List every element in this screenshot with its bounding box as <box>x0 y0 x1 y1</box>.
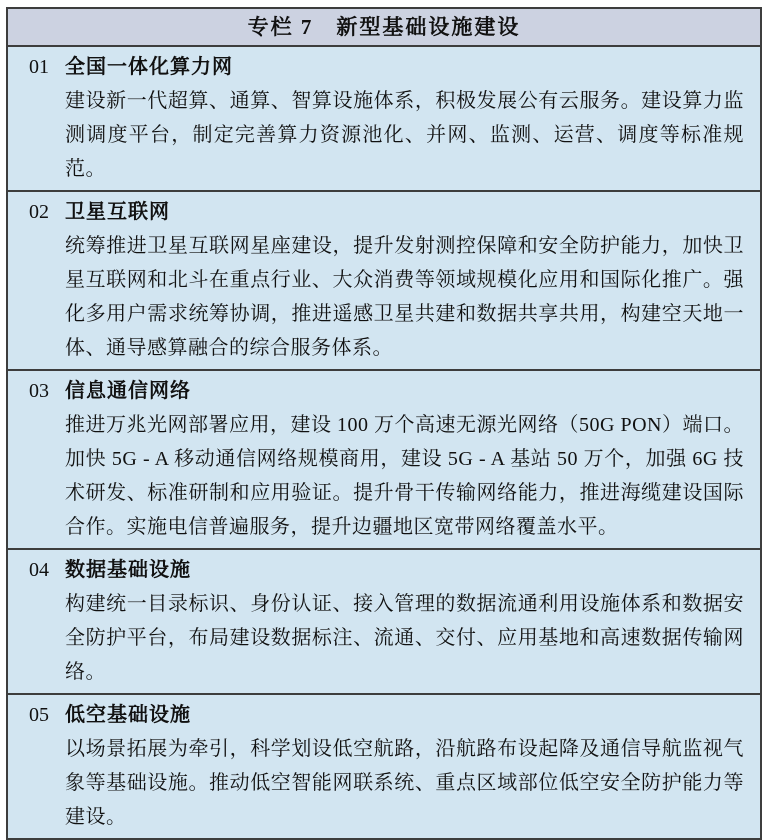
section-number: 01 <box>29 50 49 84</box>
section-title: 信息通信网络 <box>65 374 744 408</box>
section-05: 05 低空基础设施 以场景拓展为牵引，科学划设低空航路，沿航路布设起降及通信导航… <box>8 695 760 838</box>
panel-body: 01 全国一体化算力网 建设新一代超算、通算、智算设施体系，积极发展公有云服务。… <box>8 47 760 838</box>
section-body: 建设新一代超算、通算、智算设施体系，积极发展公有云服务。建设算力监测调度平台，制… <box>65 84 744 186</box>
section-number: 02 <box>29 195 49 229</box>
section-title: 卫星互联网 <box>65 195 744 229</box>
section-number: 03 <box>29 374 49 408</box>
section-02: 02 卫星互联网 统筹推进卫星互联网星座建设，提升发射测控保障和安全防护能力，加… <box>8 192 760 371</box>
section-body: 构建统一目录标识、身份认证、接入管理的数据流通利用设施体系和数据安全防护平台，布… <box>65 587 744 689</box>
panel-title: 专栏 7 新型基础设施建设 <box>8 9 760 47</box>
section-01: 01 全国一体化算力网 建设新一代超算、通算、智算设施体系，积极发展公有云服务。… <box>8 47 760 192</box>
section-04: 04 数据基础设施 构建统一目录标识、身份认证、接入管理的数据流通利用设施体系和… <box>8 550 760 695</box>
section-title: 数据基础设施 <box>65 553 744 587</box>
section-body: 推进万兆光网部署应用，建设 100 万个高速无源光网络（50G PON）端口。加… <box>65 408 744 544</box>
section-number: 05 <box>29 698 49 732</box>
infobox-panel: 专栏 7 新型基础设施建设 01 全国一体化算力网 建设新一代超算、通算、智算设… <box>6 7 762 840</box>
section-title: 全国一体化算力网 <box>65 50 744 84</box>
section-title: 低空基础设施 <box>65 698 744 732</box>
section-body: 以场景拓展为牵引，科学划设低空航路，沿航路布设起降及通信导航监视气象等基础设施。… <box>65 732 744 834</box>
section-body: 统筹推进卫星互联网星座建设，提升发射测控保障和安全防护能力，加快卫星互联网和北斗… <box>65 229 744 365</box>
section-03: 03 信息通信网络 推进万兆光网部署应用，建设 100 万个高速无源光网络（50… <box>8 371 760 550</box>
section-number: 04 <box>29 553 49 587</box>
